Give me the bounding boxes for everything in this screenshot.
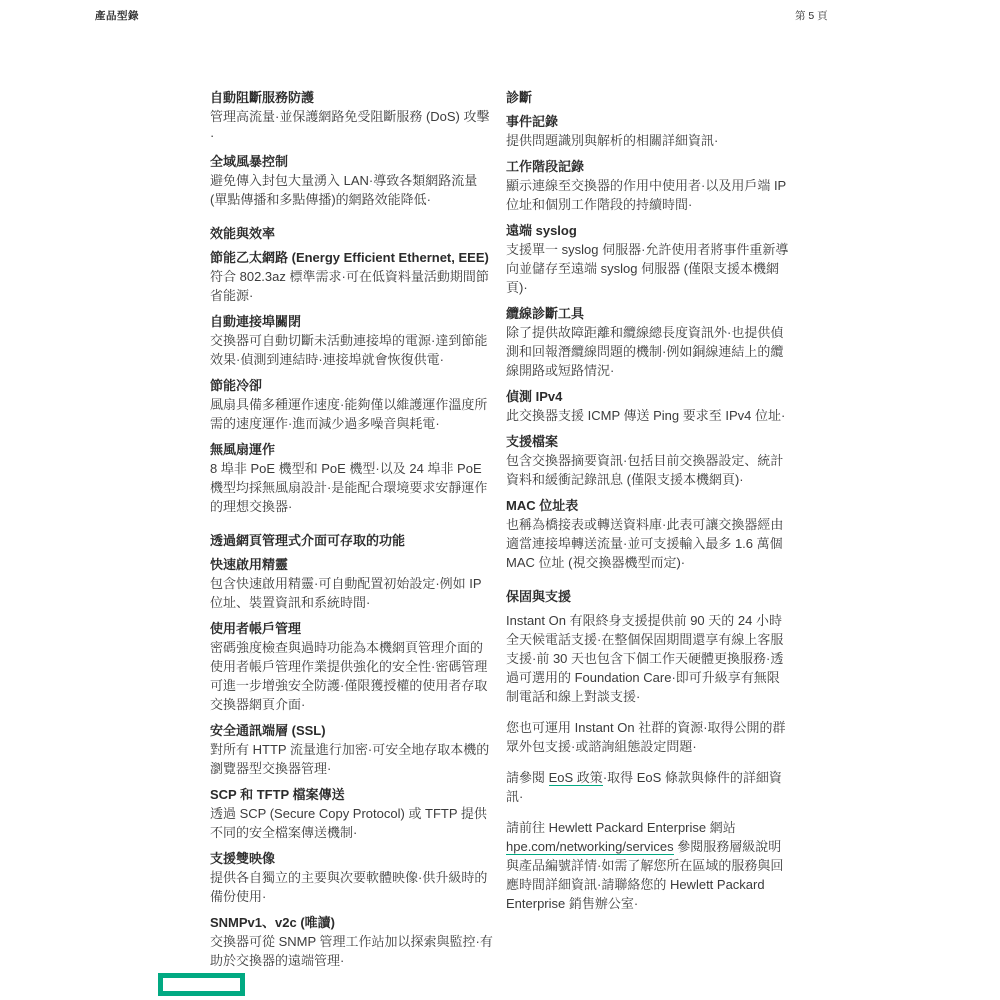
feature-heading: 偵測 IPv4 — [506, 387, 792, 406]
feature-body: 包含交換器摘要資訊·包括目前交換器設定、統計資料和緩衝記錄訊息 (僅限支援本機網… — [506, 451, 792, 489]
feature-heading: 遠端 syslog — [506, 221, 792, 240]
feature-item: 節能冷卻 風扇具備多種運作速度·能夠僅以維護運作溫度所需的速度運作·進而減少過多… — [210, 376, 493, 433]
feature-body: 提供問題識別與解析的相關詳細資訊· — [506, 131, 792, 150]
feature-item: 安全通訊端層 (SSL) 對所有 HTTP 流量進行加密·可安全地存取本機的瀏覽… — [210, 721, 493, 778]
text-segment: Instant On 有限終身支援提供前 90 天的 24 小時全天候電話支援·… — [506, 613, 783, 704]
feature-heading: 支援雙映像 — [210, 849, 493, 868]
feature-body: 此交換器支援 ICMP 傳送 Ping 要求至 IPv4 位址· — [506, 406, 792, 425]
left-column: 自動阻斷服務防護 管理高流量·並保護網路免受阻斷服務 (DoS) 攻擊· 全域風… — [210, 88, 493, 977]
feature-item: 快速啟用精靈 包含快速啟用精靈·可自動配置初始設定·例如 IP 位址、裝置資訊和… — [210, 555, 493, 612]
feature-heading: 快速啟用精靈 — [210, 555, 493, 574]
feature-body: 支援單一 syslog 伺服器·允許使用者將事件重新導向並儲存至遠端 syslo… — [506, 240, 792, 297]
feature-item: 事件記錄 提供問題識別與解析的相關詳細資訊· — [506, 112, 792, 150]
feature-item: 使用者帳戶管理 密碼強度檢查與過時功能為本機網頁管理介面的使用者帳戶管理作業提供… — [210, 619, 493, 714]
feature-item: 自動連接埠關閉 交換器可自動切斷未活動連接埠的電源·達到節能效果·偵測到連結時·… — [210, 312, 493, 369]
feature-item: 無風扇運作 8 埠非 PoE 機型和 PoE 機型·以及 24 埠非 PoE 機… — [210, 440, 493, 516]
feature-item: 節能乙太網路 (Energy Efficient Ethernet, EEE) … — [210, 248, 493, 305]
feature-heading: 節能乙太網路 (Energy Efficient Ethernet, EEE) — [210, 248, 493, 267]
feature-body: 避免傳入封包大量湧入 LAN·導致各類網路流量(單點傳播和多點傳播)的網路效能降… — [210, 171, 493, 209]
feature-heading: SNMPv1、v2c (唯讀) — [210, 913, 493, 932]
support-paragraph: 您也可運用 Instant On 社群的資源·取得公開的群眾外包支援·或諮詢組態… — [506, 718, 792, 756]
feature-heading: 自動連接埠關閉 — [210, 312, 493, 331]
feature-item: 纜線診斷工具 除了提供故障距離和纜線總長度資訊外·也提供偵測和回報潛纜線問題的機… — [506, 304, 792, 380]
section-title: 效能與效率 — [210, 224, 493, 243]
section-title: 診斷 — [506, 88, 792, 107]
feature-body: 8 埠非 PoE 機型和 PoE 機型·以及 24 埠非 PoE 機型均採無風扇… — [210, 459, 493, 516]
section-warranty-support: 保固與支援 Instant On 有限終身支援提供前 90 天的 24 小時全天… — [506, 587, 792, 913]
feature-body: 透過 SCP (Secure Copy Protocol) 或 TFTP 提供不… — [210, 804, 493, 842]
feature-heading: 事件記錄 — [506, 112, 792, 131]
section-diagnostics: 診斷 事件記錄 提供問題識別與解析的相關詳細資訊· 工作階段記錄 顯示連線至交換… — [506, 88, 792, 572]
section-web-managed-features: 透過網頁管理式介面可存取的功能 快速啟用精靈 包含快速啟用精靈·可自動配置初始設… — [210, 531, 493, 970]
feature-body: 顯示連線至交換器的作用中使用者·以及用戶端 IP 位址和個別工作階段的持續時間· — [506, 176, 792, 214]
section-title: 保固與支援 — [506, 587, 792, 606]
feature-heading: MAC 位址表 — [506, 496, 792, 515]
section-intro: 自動阻斷服務防護 管理高流量·並保護網路免受阻斷服務 (DoS) 攻擊· 全域風… — [210, 88, 493, 209]
feature-body: 交換器可自動切斷未活動連接埠的電源·達到節能效果·偵測到連結時·連接埠就會恢復供… — [210, 331, 493, 369]
feature-item: SCP 和 TFTP 檔案傳送 透過 SCP (Secure Copy Prot… — [210, 785, 493, 842]
eos-policy-link[interactable]: EoS 政策 — [549, 770, 603, 786]
text-segment: 您也可運用 Instant On 社群的資源·取得公開的群眾外包支援·或諮詢組態… — [506, 720, 786, 754]
section-title: 透過網頁管理式介面可存取的功能 — [210, 531, 493, 550]
page-number: 第 5 頁 — [795, 8, 828, 23]
feature-heading: 使用者帳戶管理 — [210, 619, 493, 638]
feature-heading: 工作階段記錄 — [506, 157, 792, 176]
page-header-title: 產品型錄 — [95, 8, 139, 23]
feature-item: 自動阻斷服務防護 管理高流量·並保護網路免受阻斷服務 (DoS) 攻擊· — [210, 88, 493, 145]
feature-heading: 全域風暴控制 — [210, 152, 493, 171]
support-paragraph: Instant On 有限終身支援提供前 90 天的 24 小時全天候電話支援·… — [506, 611, 792, 706]
text-segment: 請前往 Hewlett Packard Enterprise 網站 — [506, 820, 736, 835]
hpe-networking-services-link[interactable]: hpe.com/networking/services — [506, 839, 674, 855]
text-segment: 請參閱 — [506, 770, 549, 785]
feature-item: 支援雙映像 提供各自獨立的主要與次要軟體映像·供升級時的備份使用· — [210, 849, 493, 906]
feature-item: 工作階段記錄 顯示連線至交換器的作用中使用者·以及用戶端 IP 位址和個別工作階… — [506, 157, 792, 214]
feature-body: 提供各自獨立的主要與次要軟體映像·供升級時的備份使用· — [210, 868, 493, 906]
support-paragraph: 請參閱 EoS 政策·取得 EoS 條款與條件的詳細資訊· — [506, 768, 792, 806]
feature-item: SNMPv1、v2c (唯讀) 交換器可從 SNMP 管理工作站加以探索與監控·… — [210, 913, 493, 970]
feature-body: 密碼強度檢查與過時功能為本機網頁管理介面的使用者帳戶管理作業提供強化的安全性·密… — [210, 638, 493, 714]
feature-body: 對所有 HTTP 流量進行加密·可安全地存取本機的瀏覽器型交換器管理· — [210, 740, 493, 778]
feature-body: 包含快速啟用精靈·可自動配置初始設定·例如 IP 位址、裝置資訊和系統時間· — [210, 574, 493, 612]
feature-heading: 纜線診斷工具 — [506, 304, 792, 323]
right-column: 診斷 事件記錄 提供問題識別與解析的相關詳細資訊· 工作階段記錄 顯示連線至交換… — [506, 88, 792, 925]
feature-body: 也稱為橋接表或轉送資料庫·此表可讓交換器經由適當連接埠轉送流量·並可支援輸入最多… — [506, 515, 792, 572]
feature-body: 風扇具備多種運作速度·能夠僅以維護運作溫度所需的速度運作·進而減少過多噪音與耗電… — [210, 395, 493, 433]
feature-heading: 無風扇運作 — [210, 440, 493, 459]
feature-heading: 安全通訊端層 (SSL) — [210, 721, 493, 740]
feature-heading: 節能冷卻 — [210, 376, 493, 395]
feature-item: MAC 位址表 也稱為橋接表或轉送資料庫·此表可讓交換器經由適當連接埠轉送流量·… — [506, 496, 792, 572]
feature-item: 支援檔案 包含交換器摘要資訊·包括目前交換器設定、統計資料和緩衝記錄訊息 (僅限… — [506, 432, 792, 489]
feature-heading: SCP 和 TFTP 檔案傳送 — [210, 785, 493, 804]
feature-body: 交換器可從 SNMP 管理工作站加以探索與監控·有助於交換器的遠端管理· — [210, 932, 493, 970]
feature-item: 全域風暴控制 避免傳入封包大量湧入 LAN·導致各類網路流量(單點傳播和多點傳播… — [210, 152, 493, 209]
feature-item: 遠端 syslog 支援單一 syslog 伺服器·允許使用者將事件重新導向並儲… — [506, 221, 792, 297]
feature-heading: 支援檔案 — [506, 432, 792, 451]
section-performance-efficiency: 效能與效率 節能乙太網路 (Energy Efficient Ethernet,… — [210, 224, 493, 516]
feature-heading: 自動阻斷服務防護 — [210, 88, 493, 107]
feature-body: 除了提供故障距離和纜線總長度資訊外·也提供偵測和回報潛纜線問題的機制·例如銅線連… — [506, 323, 792, 380]
feature-body: 管理高流量·並保護網路免受阻斷服務 (DoS) 攻擊· — [210, 107, 493, 145]
support-paragraph: 請前往 Hewlett Packard Enterprise 網站 hpe.co… — [506, 818, 792, 913]
feature-body: 符合 802.3az 標準需求·可在低資料量活動期間節省能源· — [210, 267, 493, 305]
feature-item: 偵測 IPv4 此交換器支援 ICMP 傳送 Ping 要求至 IPv4 位址· — [506, 387, 792, 425]
hpe-logo-outline — [158, 973, 245, 996]
